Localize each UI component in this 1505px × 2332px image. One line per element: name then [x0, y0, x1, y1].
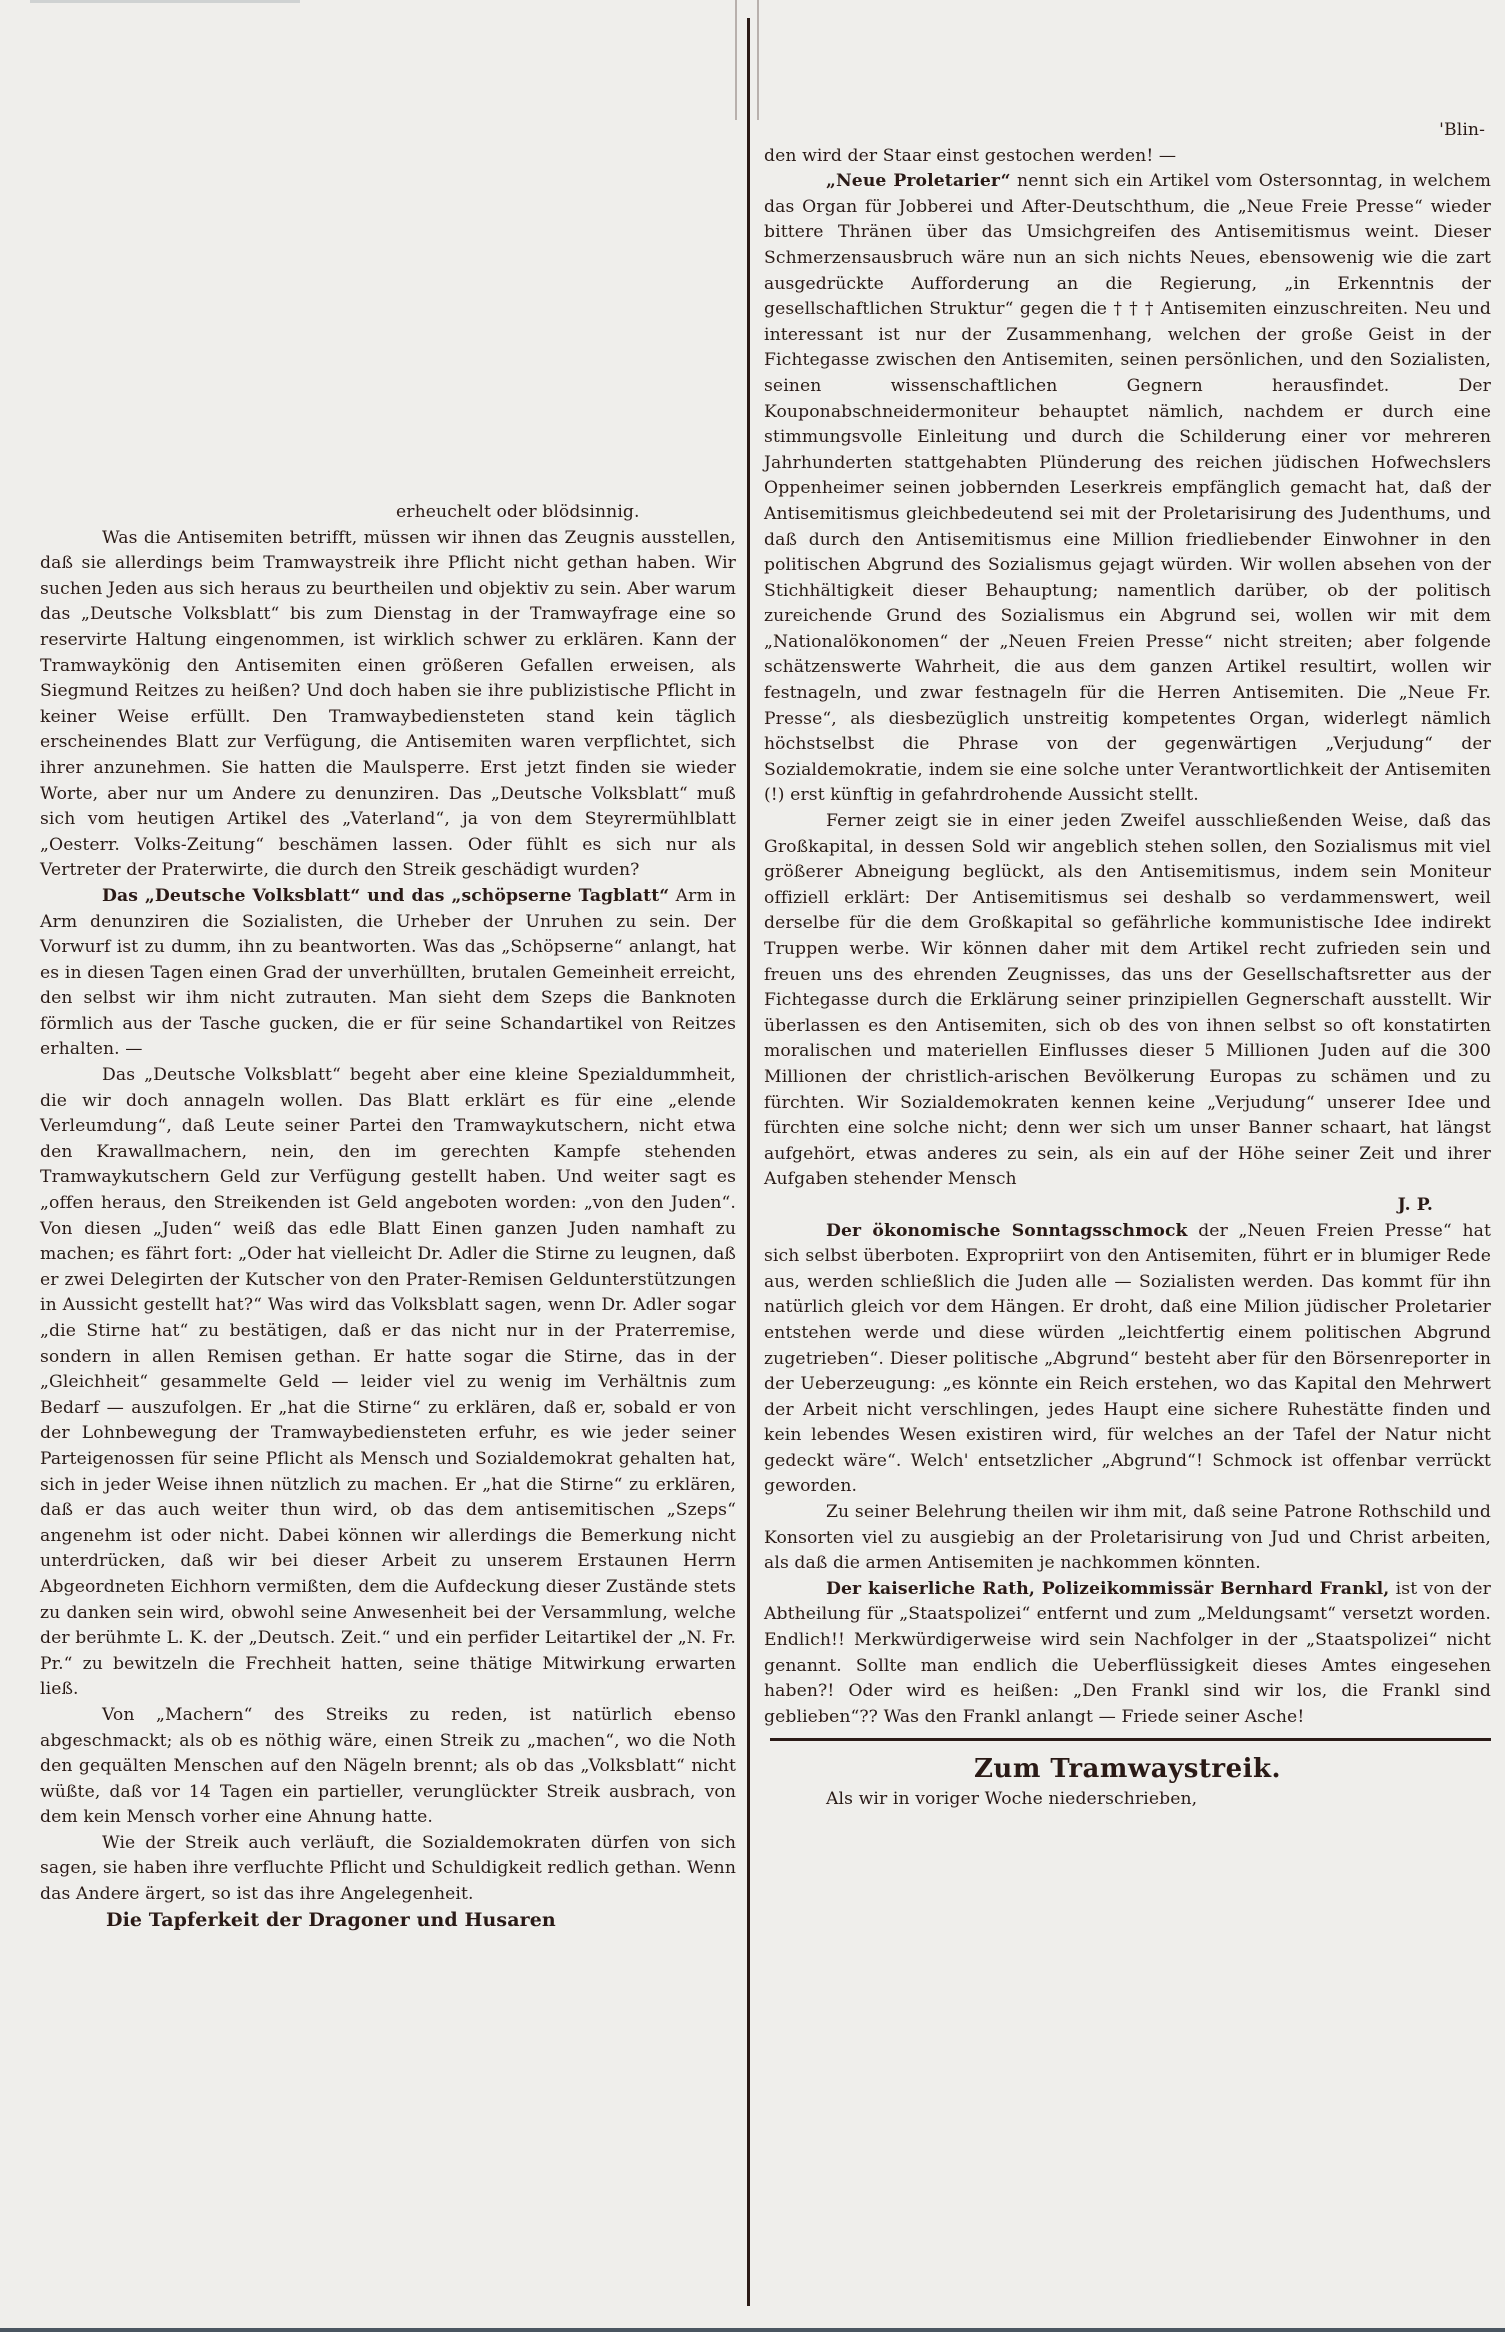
paragraph: Das „Deutsche Volksblatt“ und das „schöp…: [40, 884, 736, 1063]
scan-top-edge: [30, 0, 300, 3]
paragraph: Zu seiner Belehrung theilen wir ihm mit,…: [764, 1500, 1491, 1577]
paragraph: Ferner zeigt sie in einer jeden Zweifel …: [764, 809, 1491, 1193]
right-carry-over: den wird der Staar einst gestochen werde…: [764, 144, 1491, 170]
faint-rule-left: [735, 0, 737, 120]
paragraph-lead: Der ökonomische Sonntagsschmock: [826, 1221, 1188, 1241]
newspaper-page: erheuchelt oder blödsinnig. Was die Anti…: [0, 0, 1505, 2332]
paragraph: Von „Machern“ des Streiks zu reden, ist …: [40, 1703, 736, 1831]
paragraph: Der ökonomische Sonntagsschmock der „Neu…: [764, 1219, 1491, 1501]
left-carry-over: erheuchelt oder blödsinnig.: [40, 500, 736, 526]
paragraph: Was die Antisemiten betrifft, müssen wir…: [40, 526, 736, 884]
hyphen-fragment: 'Blin-: [764, 118, 1491, 144]
paragraph-body: ist von der Abtheilung für „Staatspolize…: [764, 1579, 1491, 1727]
faint-rule-right: [757, 0, 759, 120]
paragraph: Wie der Streik auch verläuft, die Sozial…: [40, 1831, 736, 1908]
paragraph: Der kaiserliche Rath, Polizeikommissär B…: [764, 1577, 1491, 1731]
section-title: Zum Tramwaystreik.: [764, 1751, 1491, 1787]
paragraph: „Neue Proletarier“ nennt sich ein Artike…: [764, 169, 1491, 809]
paragraph-body: der „Neuen Freien Presse“ hat sich selbs…: [764, 1221, 1491, 1497]
subheading: Die Tapferkeit der Dragoner und Husaren: [40, 1908, 736, 1934]
paragraph-body: Arm in Arm denunziren die Sozialisten, d…: [40, 886, 736, 1060]
paragraph-body: nennt sich ein Artikel vom Ostersonntag,…: [764, 171, 1491, 805]
section-separator: [770, 1738, 1491, 1741]
right-column: 'Blin- den wird der Staar einst gestoche…: [764, 118, 1491, 1813]
scan-bottom-edge: [0, 2328, 1505, 2332]
paragraph-lead: Der kaiserliche Rath, Polizeikommissär B…: [826, 1579, 1389, 1599]
paragraph-lead: „Neue Proletarier“: [826, 171, 1011, 191]
paragraph: Das „Deutsche Volksblatt“ begeht aber ei…: [40, 1063, 736, 1703]
section-intro: Als wir in voriger Woche niederschrieben…: [764, 1787, 1491, 1813]
column-divider: [747, 18, 750, 2306]
left-column: erheuchelt oder blödsinnig. Was die Anti…: [40, 500, 736, 1933]
author-signature: J. P.: [764, 1193, 1491, 1219]
paragraph-lead: Das „Deutsche Volksblatt“ und das „schöp…: [102, 886, 669, 906]
